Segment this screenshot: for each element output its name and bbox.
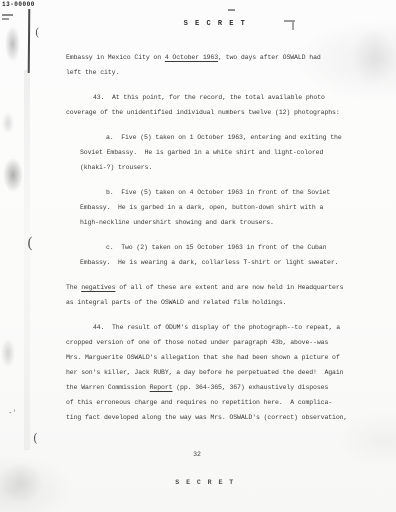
text-line: (khaki-?) trousers. — [66, 160, 382, 175]
text-line: cropped version of one of those noted un… — [66, 335, 382, 350]
handwritten-mark: ( — [33, 431, 38, 445]
paragraph: a. Five (5) taken on 1 October 1963, ent… — [66, 130, 382, 175]
scan-smudge — [3, 158, 23, 192]
text-line: Mrs. Marguerite OSWALD's allegation that… — [66, 350, 382, 365]
paragraph: 43. At this point, for the record, the t… — [66, 90, 382, 120]
text-line: Soviet Embassy. He is garbed in a white … — [66, 145, 382, 160]
text-segment: c. Two (2) taken on 15 October 1963 in f… — [106, 244, 326, 251]
text-segment: (khaki-?) trousers. — [80, 164, 152, 171]
text-segment: high-neckline undershirt showing and dar… — [80, 219, 274, 226]
scan-dash-artifact — [2, 18, 9, 20]
classification-footer: S E C R E T — [100, 478, 310, 488]
text-segment: a. Five (5) taken on 1 October 1963, ent… — [106, 134, 342, 141]
text-segment: 43. At this point, for the record, the t… — [93, 94, 325, 101]
text-line: ting fact developed along the way was Mr… — [66, 410, 382, 425]
text-line: b. Five (5) taken on 4 October 1963 in f… — [66, 185, 382, 200]
paragraph: 44. The result of ODUM's display of the … — [66, 320, 382, 425]
text-segment: her son's killer, Jack RUBY, a day befor… — [66, 369, 343, 376]
text-line: coverage of the unidentified individual … — [66, 105, 382, 120]
underlined-text: Report — [150, 384, 173, 391]
handwritten-mark: - ' — [9, 409, 16, 417]
text-segment: 44. The result of ODUM's display of the … — [93, 324, 340, 331]
text-segment: of all of these are extent and are now h… — [115, 284, 343, 291]
text-line: Embassy. He is wearing a dark, collarles… — [66, 255, 382, 270]
margin-shadow-artifact — [24, 70, 30, 450]
scan-dash-artifact — [228, 9, 235, 11]
text-segment: (pp. 364-365, 367) exhaustively disposes — [172, 384, 328, 391]
text-line: c. Two (2) taken on 15 October 1963 in f… — [66, 240, 382, 255]
scan-smudge — [5, 26, 20, 62]
document-id-stamp: 13-00000 — [2, 1, 35, 9]
scan-smudge — [2, 112, 14, 134]
text-line: of this erroneous charge and requires no… — [66, 395, 382, 410]
underlined-text: negatives — [81, 284, 115, 291]
scan-smudge — [1, 338, 15, 368]
scanned-page: (((- ' 13-00000 S E C R E T Embassy in M… — [0, 0, 396, 512]
paragraph: Embassy in Mexico City on 4 October 1963… — [66, 50, 382, 80]
scan-dash-artifact — [2, 14, 13, 16]
handwritten-mark: ( — [27, 234, 33, 252]
text-segment: the Warren Commission — [66, 384, 150, 391]
text-segment: The — [66, 284, 81, 291]
text-line: 43. At this point, for the record, the t… — [66, 90, 382, 105]
text-segment: Soviet Embassy. He is garbed in a white … — [80, 149, 323, 156]
text-segment: b. Five (5) taken on 4 October 1963 in f… — [106, 189, 330, 196]
paragraph: The negatives of all of these are extent… — [66, 280, 382, 310]
text-segment: Embassy in Mexico City on — [66, 54, 165, 61]
paragraph: c. Two (2) taken on 15 October 1963 in f… — [66, 240, 382, 270]
text-line: as integral parts of the OSWALD and rela… — [66, 295, 382, 310]
text-segment: , two days after OSWALD had — [218, 54, 321, 61]
paragraph: b. Five (5) taken on 4 October 1963 in f… — [66, 185, 382, 230]
text-segment: Mrs. Marguerite OSWALD's allegation that… — [66, 354, 340, 361]
text-segment: Embassy. He is garbed in a dark, open, b… — [80, 204, 323, 211]
text-line: left the city. — [66, 65, 382, 80]
text-segment: ting fact developed along the way was Mr… — [66, 414, 347, 421]
text-segment: cropped version of one of those noted un… — [66, 339, 328, 346]
document-body: Embassy in Mexico City on 4 October 1963… — [66, 50, 382, 425]
text-line: high-neckline undershirt showing and dar… — [66, 215, 382, 230]
text-segment: of this erroneous charge and requires no… — [66, 399, 332, 406]
text-line: The negatives of all of these are extent… — [66, 280, 382, 295]
text-line: 44. The result of ODUM's display of the … — [66, 320, 382, 335]
text-segment: coverage of the unidentified individual … — [66, 109, 340, 116]
page-number: 32 — [147, 450, 247, 460]
text-line: Embassy. He is garbed in a dark, open, b… — [66, 200, 382, 215]
handwritten-mark: ( — [35, 26, 39, 39]
underlined-text: 4 October 1963 — [165, 54, 218, 61]
text-line: the Warren Commission Report (pp. 364-36… — [66, 380, 382, 395]
text-segment: as integral parts of the OSWALD and rela… — [66, 299, 286, 306]
classification-header: S E C R E T — [110, 19, 320, 29]
text-segment: left the city. — [66, 69, 119, 76]
scan-smudge — [0, 462, 42, 504]
margin-line-artifact — [28, 9, 30, 73]
text-line: Embassy in Mexico City on 4 October 1963… — [66, 50, 382, 65]
text-segment: Embassy. He is wearing a dark, collarles… — [80, 259, 338, 266]
text-line: her son's killer, Jack RUBY, a day befor… — [66, 365, 382, 380]
text-line: a. Five (5) taken on 1 October 1963, ent… — [66, 130, 382, 145]
